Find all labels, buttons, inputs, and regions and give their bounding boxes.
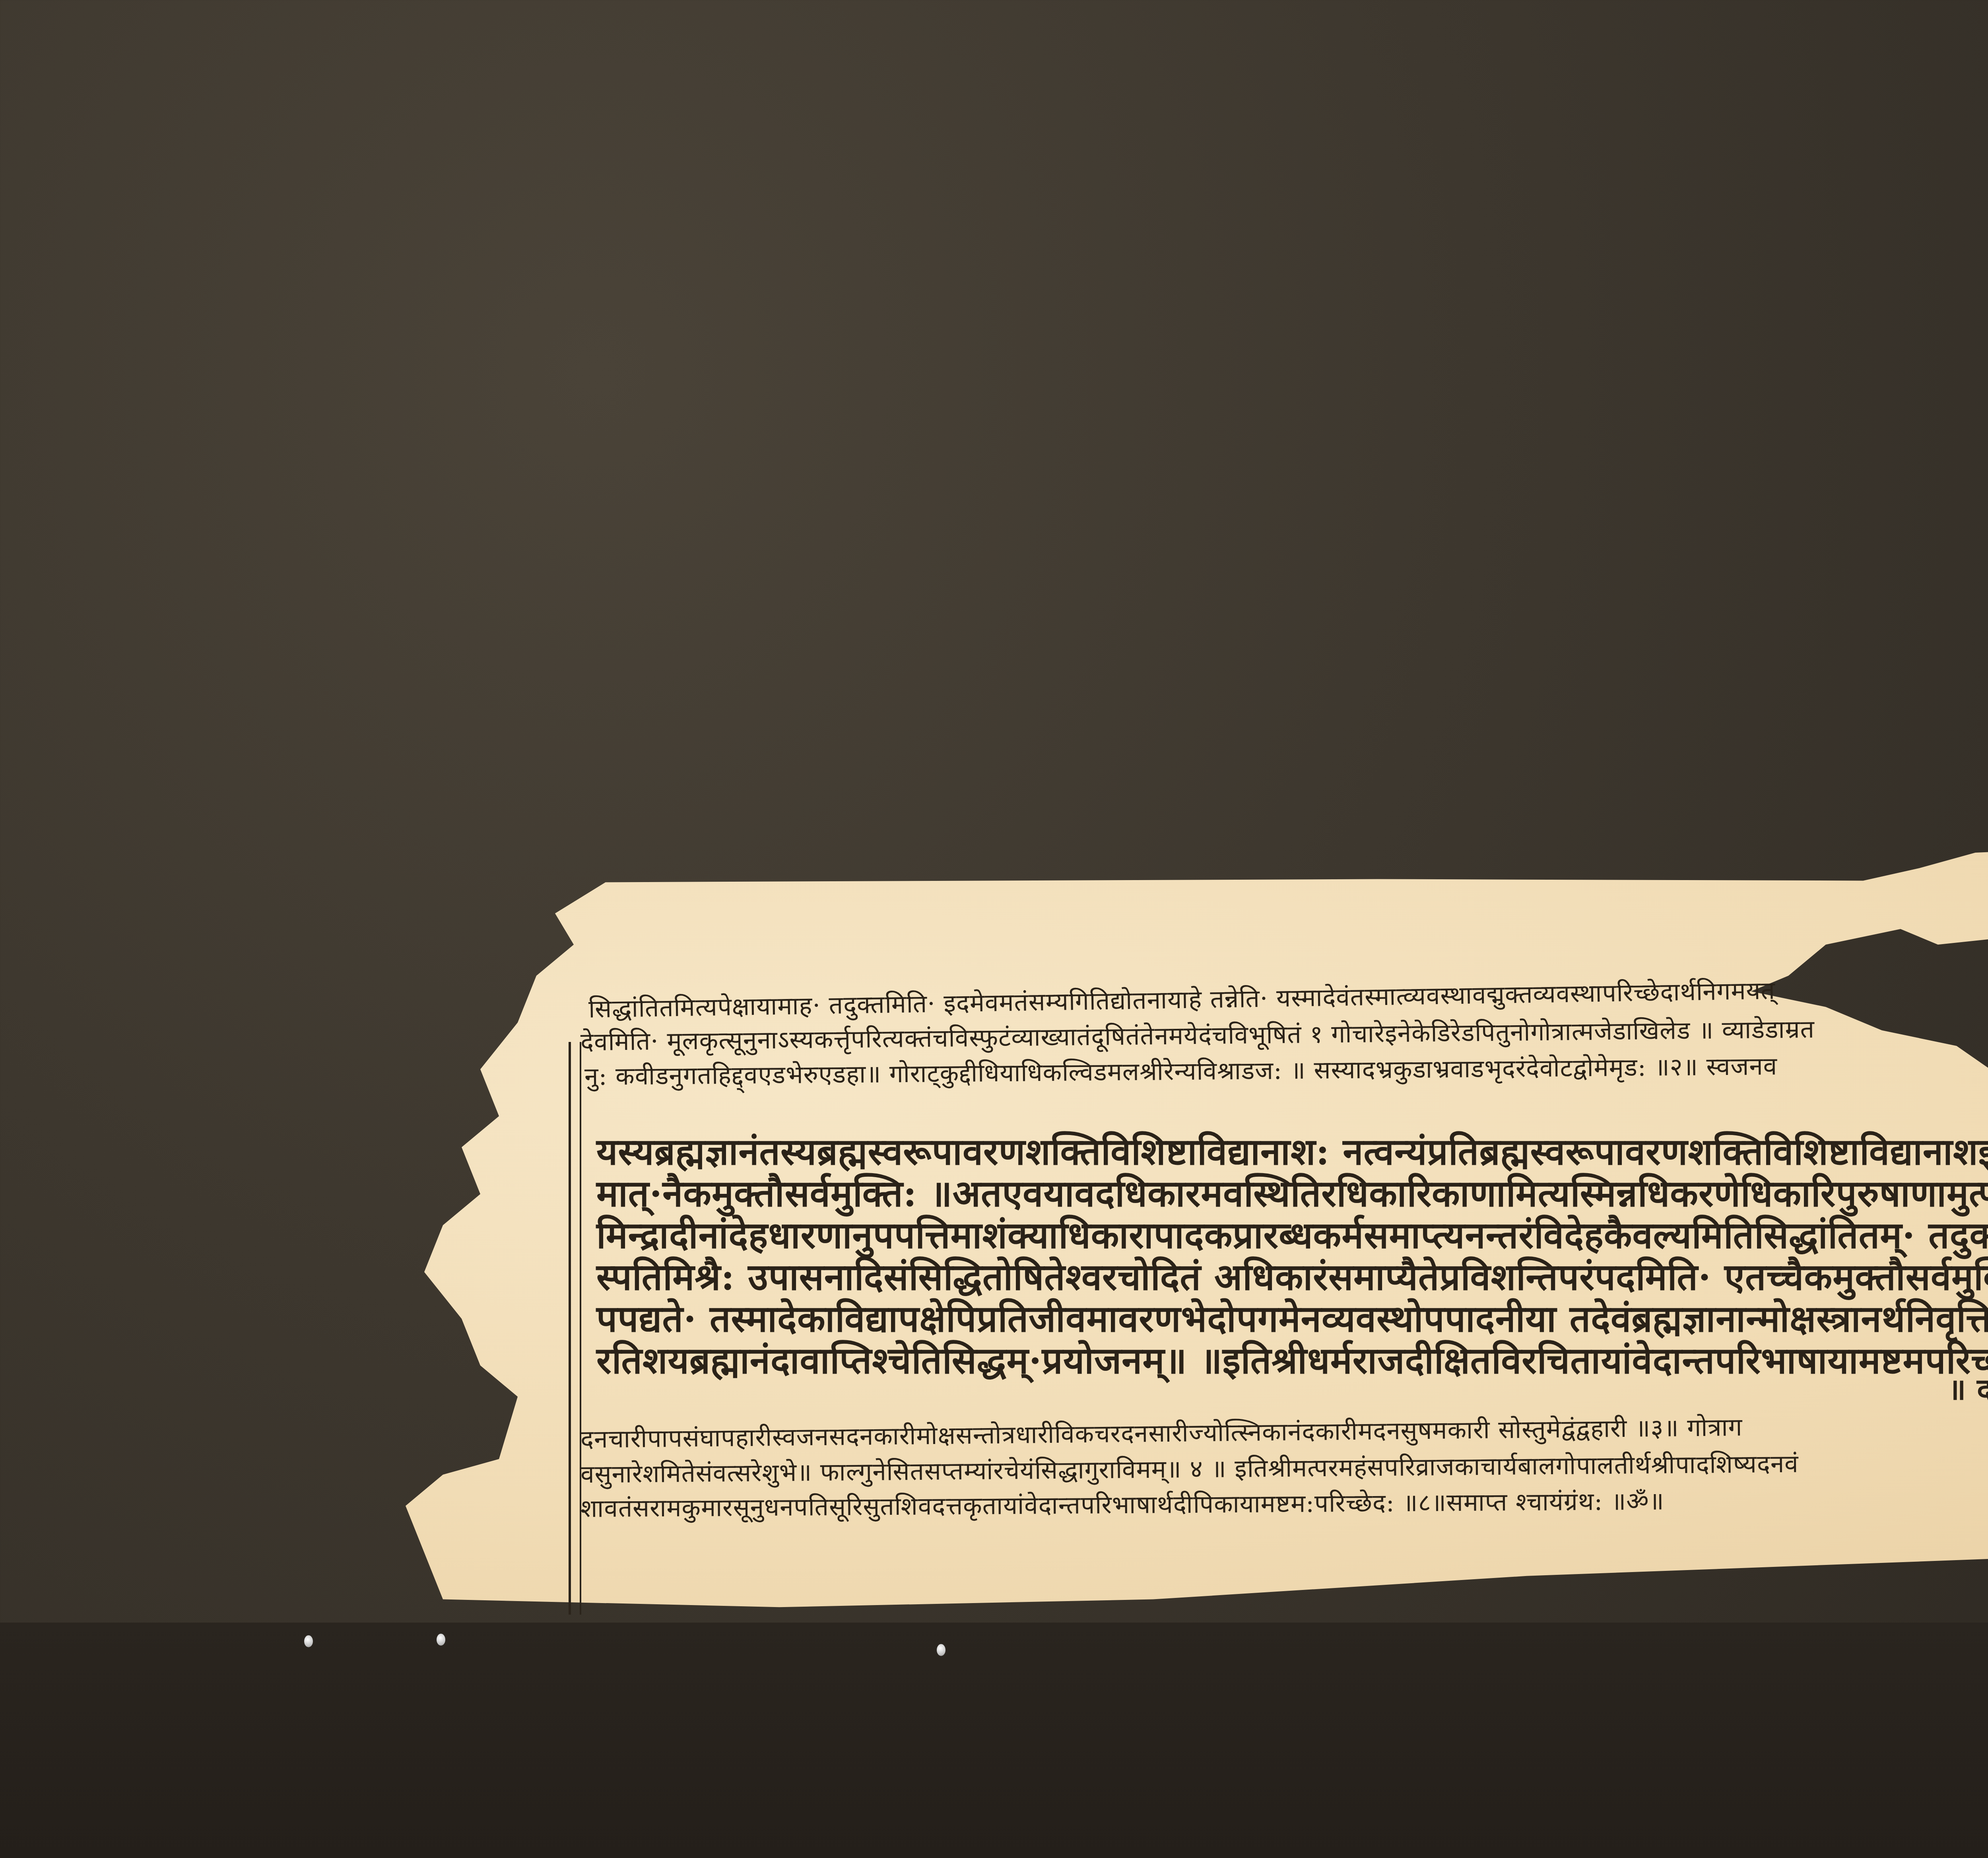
mounting-pin-bottom: [937, 1644, 945, 1656]
main-text-line-7: ॥ द:समाप्त:शुभं·: [1948, 1368, 1988, 1408]
mounting-pin-center-left: [437, 1634, 445, 1646]
mount-lower-band: [0, 1623, 1988, 1858]
mounting-pin-left: [304, 1635, 313, 1647]
margin-rule-left: [569, 1042, 581, 1615]
main-text-line-6: रतिशयब्रह्मानंदावाप्तिश्चेतिसिद्धम्·प्रय…: [596, 1334, 1988, 1384]
